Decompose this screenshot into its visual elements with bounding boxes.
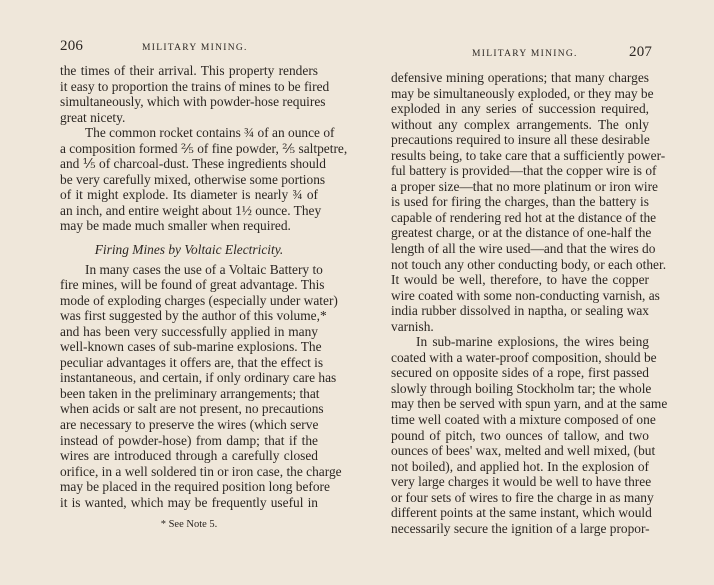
text-line: may then be served with spun yarn, and a…	[391, 396, 649, 412]
text-line: length of all the wire used—and that the…	[391, 241, 649, 257]
text-line: defensive mining operations; that many c…	[391, 70, 649, 86]
text-line: precautions required to insure all these…	[391, 132, 649, 148]
text-line: It would be well, therefore, to have the…	[391, 272, 649, 288]
text-line: results being, to take care that a suffi…	[391, 148, 649, 164]
text-block-1: the times of their arrival. This propert…	[60, 63, 318, 234]
text-line: slowly through boiling Stockholm tar; th…	[391, 381, 649, 397]
text-line: and ⅕ of charcoal-dust. These ingredient…	[60, 156, 318, 172]
text-line: it is wanted, which may be frequently us…	[60, 495, 318, 511]
running-head-right: MILITARY MINING.	[472, 46, 578, 62]
text-line: not boiled), and applied hot. In the exp…	[391, 459, 649, 475]
text-line: greatest charge, or at the distance of o…	[391, 225, 649, 241]
text-line: are necessary to preserve the wires (whi…	[60, 417, 318, 433]
text-line: and has been very successfully applied i…	[60, 324, 318, 340]
text-line: instantaneous, and certain, if only ordi…	[60, 370, 318, 386]
text-line: In many cases the use of a Voltaic Batte…	[60, 262, 318, 278]
text-line: ful battery is provided—that the copper …	[391, 163, 649, 179]
text-line: great nicety.	[60, 110, 318, 126]
text-line: wires are introduced through a carefully…	[60, 448, 318, 464]
text-line: ounces of bees' wax, melted and well mix…	[391, 443, 649, 459]
text-line: the times of their arrival. This propert…	[60, 63, 318, 79]
text-line: is used for firing the charges, than the…	[391, 194, 649, 210]
section-heading: Firing Mines by Voltaic Electricity.	[60, 242, 318, 258]
text-line: simultaneously, which with powder-hose r…	[60, 94, 318, 110]
text-line: of it might explode. Its diameter is nea…	[60, 187, 318, 203]
text-line: very large charges it would be well to h…	[391, 474, 649, 490]
text-block: defensive mining operations; that many c…	[391, 70, 649, 536]
text-line: coated with a water-proof composition, s…	[391, 350, 649, 366]
running-head-left: MILITARY MINING.	[142, 40, 248, 56]
text-block-2: In many cases the use of a Voltaic Batte…	[60, 262, 318, 511]
text-line: may be simultaneously exploded, or they …	[391, 86, 649, 102]
text-line: secured on opposite sides of a rope, fir…	[391, 365, 649, 381]
text-line: fire mines, will be found of great advan…	[60, 277, 318, 293]
text-line: well-known cases of sub-marine explosion…	[60, 339, 318, 355]
footnote: * See Note 5.	[60, 518, 318, 532]
text-line: different points at the same instant, wh…	[391, 505, 649, 521]
text-line: orifice, in a well soldered tin or iron …	[60, 464, 318, 480]
page-number-left: 206	[60, 38, 83, 54]
text-line: capable of rendering red hot at the dist…	[391, 210, 649, 226]
text-line: instead of powder-hose) from damp; that …	[60, 433, 318, 449]
text-line: time well coated with a mixture composed…	[391, 412, 649, 428]
text-line: a proper size—that no more platinum or i…	[391, 179, 649, 195]
left-page: 206 MILITARY MINING. the times of their …	[0, 0, 357, 585]
text-line: In sub-marine explosions, the wires bein…	[391, 334, 649, 350]
text-line: a composition formed ⅖ of fine powder, ⅖…	[60, 141, 318, 157]
text-line: may be placed in the required position l…	[60, 479, 318, 495]
text-line: varnish.	[391, 319, 649, 335]
text-line: be very carefully mixed, otherwise some …	[60, 172, 318, 188]
text-line: may be made much smaller when required.	[60, 218, 318, 234]
text-line: peculiar advantages it offers are, that …	[60, 355, 318, 371]
text-line: or four sets of wires to fire the charge…	[391, 490, 649, 506]
text-line: mode of exploding charges (especially un…	[60, 293, 318, 309]
text-line: wire coated with some non-conducting var…	[391, 288, 649, 304]
text-line: pound of pitch, two ounces of tallow, an…	[391, 428, 649, 444]
text-line: necessarily secure the ignition of a lar…	[391, 521, 649, 537]
text-line: india rubber dissolved in naptha, or sea…	[391, 303, 649, 319]
left-page-body: the times of their arrival. This propert…	[60, 63, 318, 510]
text-line: The common rocket contains ¾ of an ounce…	[60, 125, 318, 141]
text-line: exploded in any series of succession req…	[391, 101, 649, 117]
text-line: when acids or salt are not present, no p…	[60, 401, 318, 417]
right-page: MILITARY MINING. 207 defensive mining op…	[357, 0, 714, 585]
text-line: not touch any other conducting body, or …	[391, 257, 649, 273]
page-number-right: 207	[629, 44, 652, 60]
text-line: it easy to proportion the trains of mine…	[60, 79, 318, 95]
text-line: an inch, and entire weight about 1½ ounc…	[60, 203, 318, 219]
text-line: been taken in the preliminary arrangemen…	[60, 386, 318, 402]
right-page-body: defensive mining operations; that many c…	[391, 70, 649, 536]
text-line: was first suggested by the author of thi…	[60, 308, 318, 324]
text-line: without any complex arrangements. The on…	[391, 117, 649, 133]
